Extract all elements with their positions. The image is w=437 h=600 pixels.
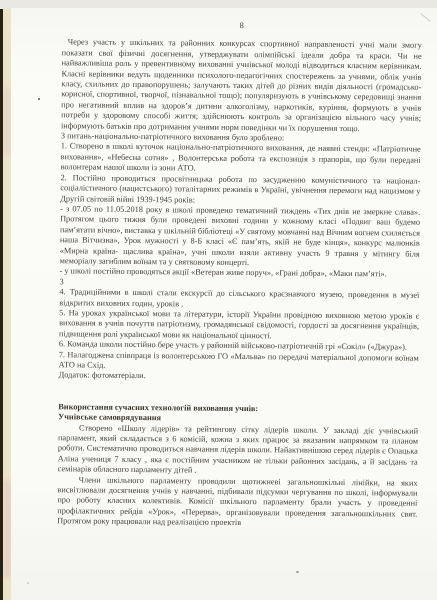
section-paragraph-2: Члени шкільного парламенту проводили щот… [57,475,417,530]
scan-speck [416,96,418,98]
page-content: 8 Через участь у шкільних та районних ко… [57,19,422,530]
scanned-document: 8 Через участь у шкільних та районних ко… [0,0,437,600]
scan-speck [296,571,299,573]
list-item-1: 1. Створено в школі куточок національно-… [61,142,421,177]
scan-edge-shadow [0,9,3,600]
document-page: 8 Через участь у шкільних та районних ко… [11,8,437,600]
pen-mark-artifact [420,13,431,22]
list-item-5: 5. На уроках української мови та літерат… [59,308,419,343]
section-paragraph-1: Створено «Школу лідерів» та рейтингову с… [58,423,418,478]
underlying-page-edge [2,9,11,600]
page-number: 8 [62,19,422,33]
body-paragraph: Через участь у шкільних та районних конк… [61,38,422,135]
list-item-2: 2. Постійно проводиться просвітницька ро… [60,173,420,208]
list-item-2-sub-1: - з 07.05 по 11.05.2018 року в школі про… [60,204,421,270]
appendix-note: Додаток: фотоматеріали. [59,371,419,385]
